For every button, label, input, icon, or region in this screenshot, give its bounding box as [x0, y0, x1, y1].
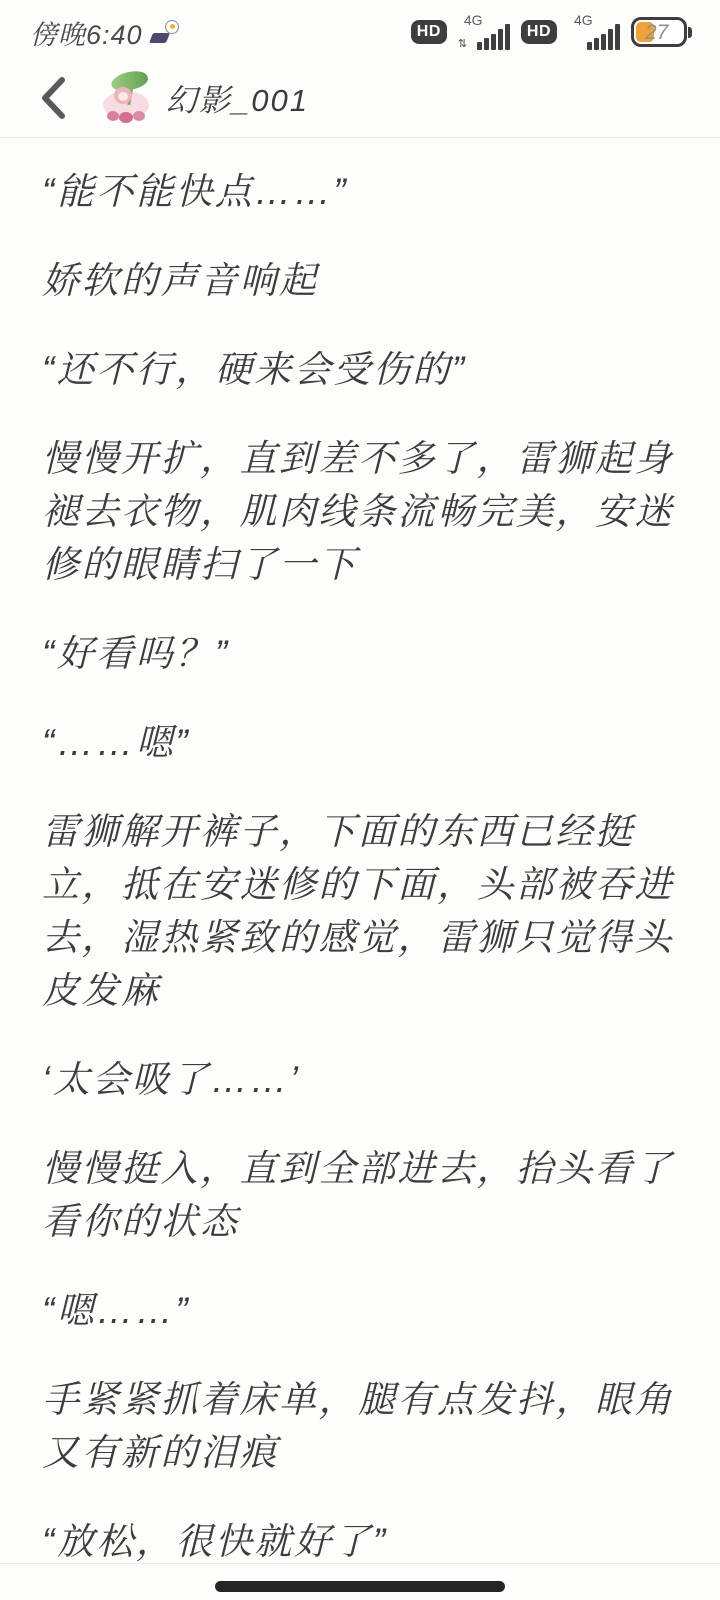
message-paragraph: 娇软的声音响起	[42, 254, 680, 307]
battery-cap	[688, 27, 692, 38]
chat-screen: 傍晚6:40 HD 4G ⇅ HD 4G	[0, 0, 720, 1600]
message-paragraph: “还不行，硬来会受伤的”	[42, 343, 680, 396]
back-chevron-icon	[38, 75, 68, 121]
cellular-signal-icon-1: 4G ⇅	[458, 12, 510, 52]
status-bar: 傍晚6:40 HD 4G ⇅ HD 4G	[0, 0, 720, 58]
contact-name: 幻影_001	[166, 75, 309, 120]
hd-volte-icon-2: HD	[521, 20, 557, 44]
chat-content[interactable]: “能不能快点……” 娇软的声音响起 “还不行，硬来会受伤的” 慢慢开扩，直到差不…	[0, 139, 720, 1563]
status-bar-right: HD 4G ⇅ HD 4G 27	[411, 12, 692, 52]
message-paragraph: 慢慢挺入，直到全部进去，抬头看了看你的状态	[42, 1142, 680, 1248]
emoji-burst-shape	[165, 20, 179, 34]
message-paragraph: “能不能快点……”	[42, 165, 680, 218]
message-paragraph: “放松，很快就好了”	[42, 1515, 680, 1563]
battery-percent-label: 27	[645, 21, 668, 45]
avatar-flower-shape	[107, 111, 119, 121]
data-arrows-icon: ⇅	[458, 37, 467, 50]
message-paragraph: “嗯……”	[42, 1284, 680, 1337]
status-time: 傍晚6:40	[30, 13, 143, 52]
avatar-face-shape	[118, 92, 128, 101]
chat-header: 幻影_001	[0, 58, 720, 138]
hd-volte-icon-1: HD	[411, 20, 447, 44]
signal-bars-icon-1	[477, 24, 510, 50]
avatar[interactable]	[102, 71, 152, 125]
message-paragraph: ‘太会吸了……’	[42, 1053, 680, 1106]
message-paragraph: 慢慢开扩，直到差不多了，雷狮起身褪去衣物，肌肉线条流畅完美，安迷修的眼睛扫了一下	[42, 432, 680, 591]
message-paragraph: 手紧紧抓着床单，腿有点发抖，眼角又有新的泪痕	[42, 1373, 680, 1479]
status-bar-left: 傍晚6:40	[30, 13, 179, 52]
back-button[interactable]	[18, 68, 88, 128]
avatar-flower-shape	[133, 111, 145, 121]
message-paragraph: “……嗯”	[42, 716, 680, 769]
cellular-signal-icon-2: 4G	[568, 12, 620, 52]
battery-body: 27	[631, 17, 687, 47]
message-paragraph: “好看吗？”	[42, 627, 680, 680]
notification-emoji-icon	[151, 20, 179, 44]
signal-bars-icon-2	[587, 24, 620, 50]
bottom-divider	[0, 1563, 720, 1564]
avatar-flower-shape	[119, 112, 133, 123]
battery-icon: 27	[631, 17, 692, 47]
home-indicator[interactable]	[215, 1581, 505, 1592]
emoji-blob-shape	[149, 33, 170, 43]
message-paragraph: 雷狮解开裤子，下面的东西已经挺立，抵在安迷修的下面，头部被吞进去，湿热紧致的感觉…	[42, 805, 680, 1017]
